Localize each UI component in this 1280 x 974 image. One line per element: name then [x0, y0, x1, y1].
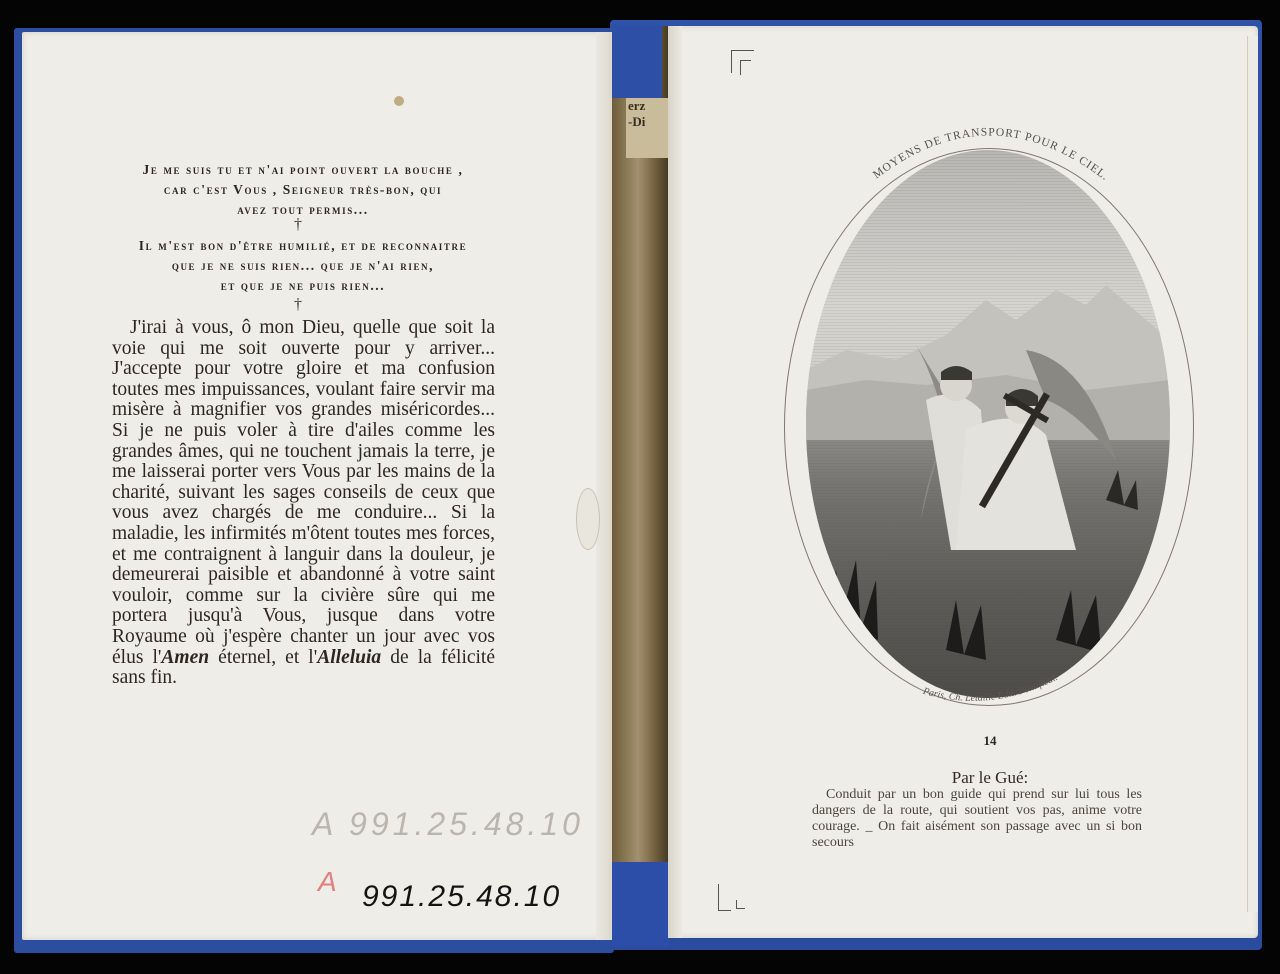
right-page-gutter [668, 26, 682, 938]
smallcaps-stanza-1: Je me suis tu et n'ai point ouvert la bo… [108, 160, 498, 220]
spine-tab [576, 488, 600, 550]
cross-ornament-icon: † [288, 296, 308, 314]
stanza-1-line: car c'est Vous , Seigneur très-bon, qui [108, 180, 498, 200]
crop-mark-icon [718, 884, 731, 911]
prayer-paragraph: J'irai à vous, ô mon Dieu, quelle que so… [112, 318, 495, 689]
word-alleluia: Alleluia [317, 647, 381, 668]
angels-figure-icon [806, 150, 1170, 698]
stanza-1-line: Je me suis tu et n'ai point ouvert la bo… [108, 160, 498, 180]
inventory-number: 991.25.48.10 [362, 880, 561, 914]
page-stack-edge [1247, 36, 1258, 912]
smallcaps-stanza-2: Il m'est bon d'être humilié, et de recon… [108, 236, 498, 296]
spine-cloth-bottom [612, 862, 670, 946]
inventory-number-faded: A 991.25.48.10 [312, 806, 584, 843]
caption-text: Conduit par un bon guide qui prend sur l… [812, 787, 1142, 851]
spine-cloth-top [612, 26, 662, 98]
crop-mark-icon [740, 60, 751, 75]
inventory-red-letter: A [318, 866, 337, 898]
stanza-2-line: que je ne suis rien... que je n'ai rien, [108, 256, 498, 276]
plate-number: 14 [960, 733, 1020, 749]
prayer-text: éternel, et l' [209, 647, 317, 668]
word-amen: Amen [161, 647, 209, 668]
engraver-credit: Paris, Ch. Letaille Edit. Pontifical. [880, 640, 1100, 720]
engraver-credit-text: Paris, Ch. Letaille Edit. Pontifical. [921, 672, 1060, 704]
spine-label: erz -Di [626, 98, 670, 158]
book-spine [612, 26, 670, 946]
crop-mark-icon [736, 900, 745, 909]
prayer-text: J'irai à vous, ô mon Dieu, quelle que so… [112, 317, 495, 668]
cross-ornament-icon: † [288, 216, 308, 234]
foxing-spot [394, 96, 404, 106]
caption-line: Conduit par un bon guide qui prend sur l… [812, 787, 1142, 851]
caption-title: Par le Gué: [900, 768, 1080, 788]
stanza-2-line: Il m'est bon d'être humilié, et de recon… [108, 236, 498, 256]
left-page-gutter [596, 32, 612, 940]
engraving-illustration [806, 150, 1170, 698]
stanza-2-line: et que je ne puis rien... [108, 276, 498, 296]
